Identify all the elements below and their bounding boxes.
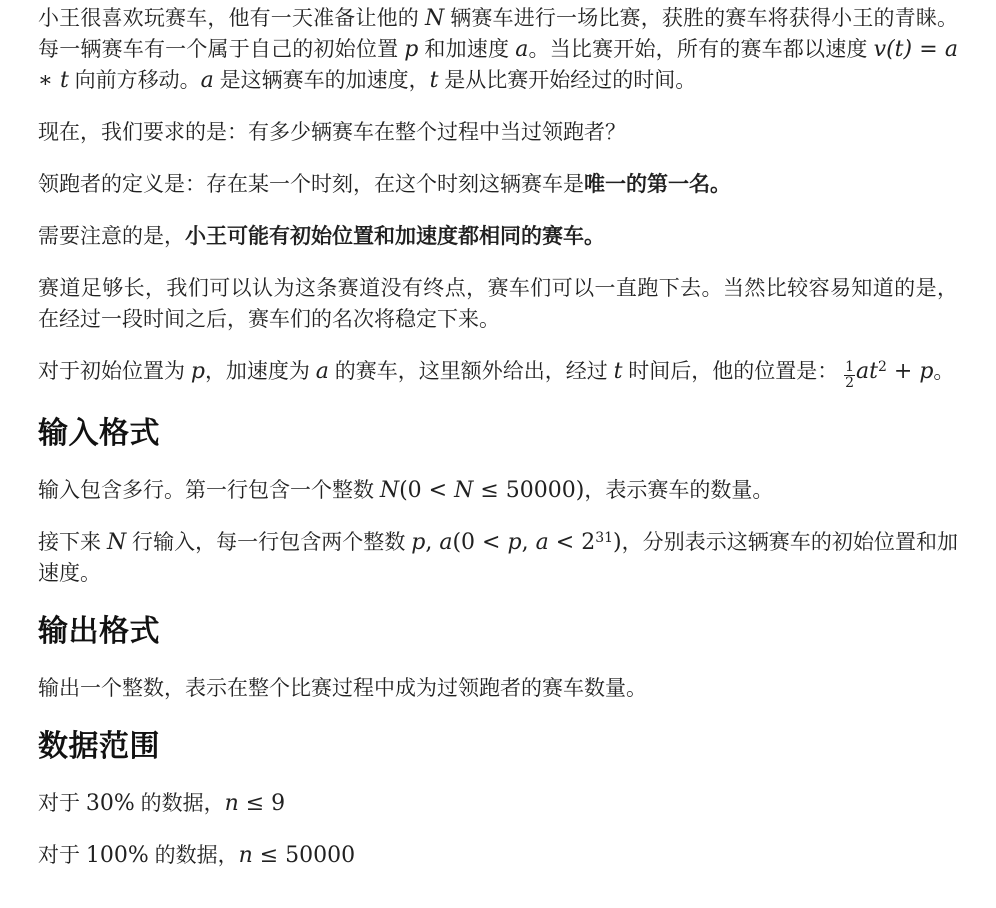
statement-text: 的赛车，这里额外给出，经过 (329, 360, 614, 383)
statement-text: 。当比赛开始，所有的赛车都以速度 (528, 38, 873, 61)
statement-paragraph-1: 小王很喜欢玩赛车，他有一天准备让他的 N 辆赛车进行一场比赛，获胜的赛车将获得小… (38, 3, 958, 96)
statement-paragraph-2: 现在，我们要求的是：有多少辆赛车在整个过程中当过领跑者？ (38, 117, 958, 148)
math-percent-100: 100% (86, 843, 149, 868)
statement-text: 输出一个整数，表示在整个比赛过程中成为过领跑者的赛车数量。 (38, 677, 647, 700)
statement-paragraph-5: 赛道足够长，我们可以认为这条赛道没有终点，赛车们可以一直跑下去。当然比较容易知道… (38, 273, 958, 335)
input-paragraph-1: 输入包含多行。第一行包含一个整数 N(0 < N ≤ 50000)，表示赛车的数… (38, 475, 958, 506)
exponent-2: 2 (878, 359, 887, 375)
math-pa-constraint: p, a(0 < p, a < 231) (411, 530, 621, 555)
emphasis-unique-first: 唯一的第一名。 (584, 173, 731, 196)
math-var-a: a (515, 37, 528, 62)
math-n-constraint-full: n ≤ 50000 (239, 843, 356, 868)
math-percent-30: 30% (86, 791, 135, 816)
math-N-constraint: N(0 < N ≤ 50000) (380, 478, 585, 503)
statement-text: 的数据， (135, 792, 225, 815)
range-paragraph-100: 对于 100% 的数据，n ≤ 50000 (38, 840, 958, 871)
heading-data-range: 数据范围 (38, 728, 958, 766)
statement-text: 行输入，每一行包含两个整数 (126, 531, 411, 554)
statement-text: 是从比赛开始经过的时间。 (438, 69, 696, 92)
statement-text: 的数据， (149, 844, 239, 867)
statement-text: 小王很喜欢玩赛车，他有一天准备让他的 (38, 7, 425, 30)
statement-paragraph-4: 需要注意的是，小王可能有初始位置和加速度都相同的赛车。 (38, 221, 958, 252)
math-var-N: N (107, 530, 126, 555)
statement-text: 接下来 (38, 531, 107, 554)
statement-text: 现在，我们要求的是：有多少辆赛车在整个过程中当过领跑者？ (38, 121, 626, 144)
fraction-one-half: 12 (844, 360, 855, 391)
statement-text: 需要注意的是， (38, 225, 185, 248)
heading-output-format: 输出格式 (38, 613, 958, 651)
range-paragraph-30: 对于 30% 的数据，n ≤ 9 (38, 788, 958, 819)
input-paragraph-2: 接下来 N 行输入，每一行包含两个整数 p, a(0 < p, a < 231)… (38, 527, 958, 589)
statement-text: 输入包含多行。第一行包含一个整数 (38, 479, 380, 502)
problem-document: 小王很喜欢玩赛车，他有一天准备让他的 N 辆赛车进行一场比赛，获胜的赛车将获得小… (0, 0, 996, 908)
statement-text: ，表示赛车的数量。 (584, 479, 773, 502)
statement-text: 对于 (38, 792, 86, 815)
statement-text: 。 (933, 360, 954, 383)
statement-paragraph-3: 领跑者的定义是：存在某一个时刻，在这个时刻这辆赛车是唯一的第一名。 (38, 169, 958, 200)
statement-text: 时间后，他的位置是： (622, 360, 844, 383)
statement-text: 和加速度 (418, 38, 515, 61)
emphasis-duplicates-note: 小王可能有初始位置和加速度都相同的赛车。 (185, 225, 605, 248)
exponent-31: 31 (595, 530, 613, 546)
statement-text: ，加速度为 (205, 360, 316, 383)
statement-text: 对于 (38, 844, 86, 867)
statement-text: 赛道足够长，我们可以认为这条赛道没有终点，赛车们可以一直跑下去。当然比较容易知道… (38, 277, 958, 331)
statement-text: 是这辆赛车的加速度， (214, 69, 430, 92)
statement-text: 领跑者的定义是：存在某一个时刻，在这个时刻这辆赛车是 (38, 173, 584, 196)
statement-paragraph-6: 对于初始位置为 p，加速度为 a 的赛车，这里额外给出，经过 t 时间后，他的位… (38, 356, 958, 391)
math-var-p: p (191, 359, 205, 384)
math-var-a: a (316, 359, 329, 384)
math-n-constraint-small: n ≤ 9 (225, 791, 286, 816)
output-paragraph: 输出一个整数，表示在整个比赛过程中成为过领跑者的赛车数量。 (38, 673, 958, 704)
math-var-N: N (425, 6, 444, 31)
statement-text: 对于初始位置为 (38, 360, 191, 383)
statement-text: 向前方移动。 (69, 69, 201, 92)
math-position-formula: 12at2 + p (844, 359, 933, 384)
heading-input-format: 输入格式 (38, 415, 958, 453)
math-var-p: p (404, 37, 418, 62)
math-var-a: a (201, 68, 214, 93)
